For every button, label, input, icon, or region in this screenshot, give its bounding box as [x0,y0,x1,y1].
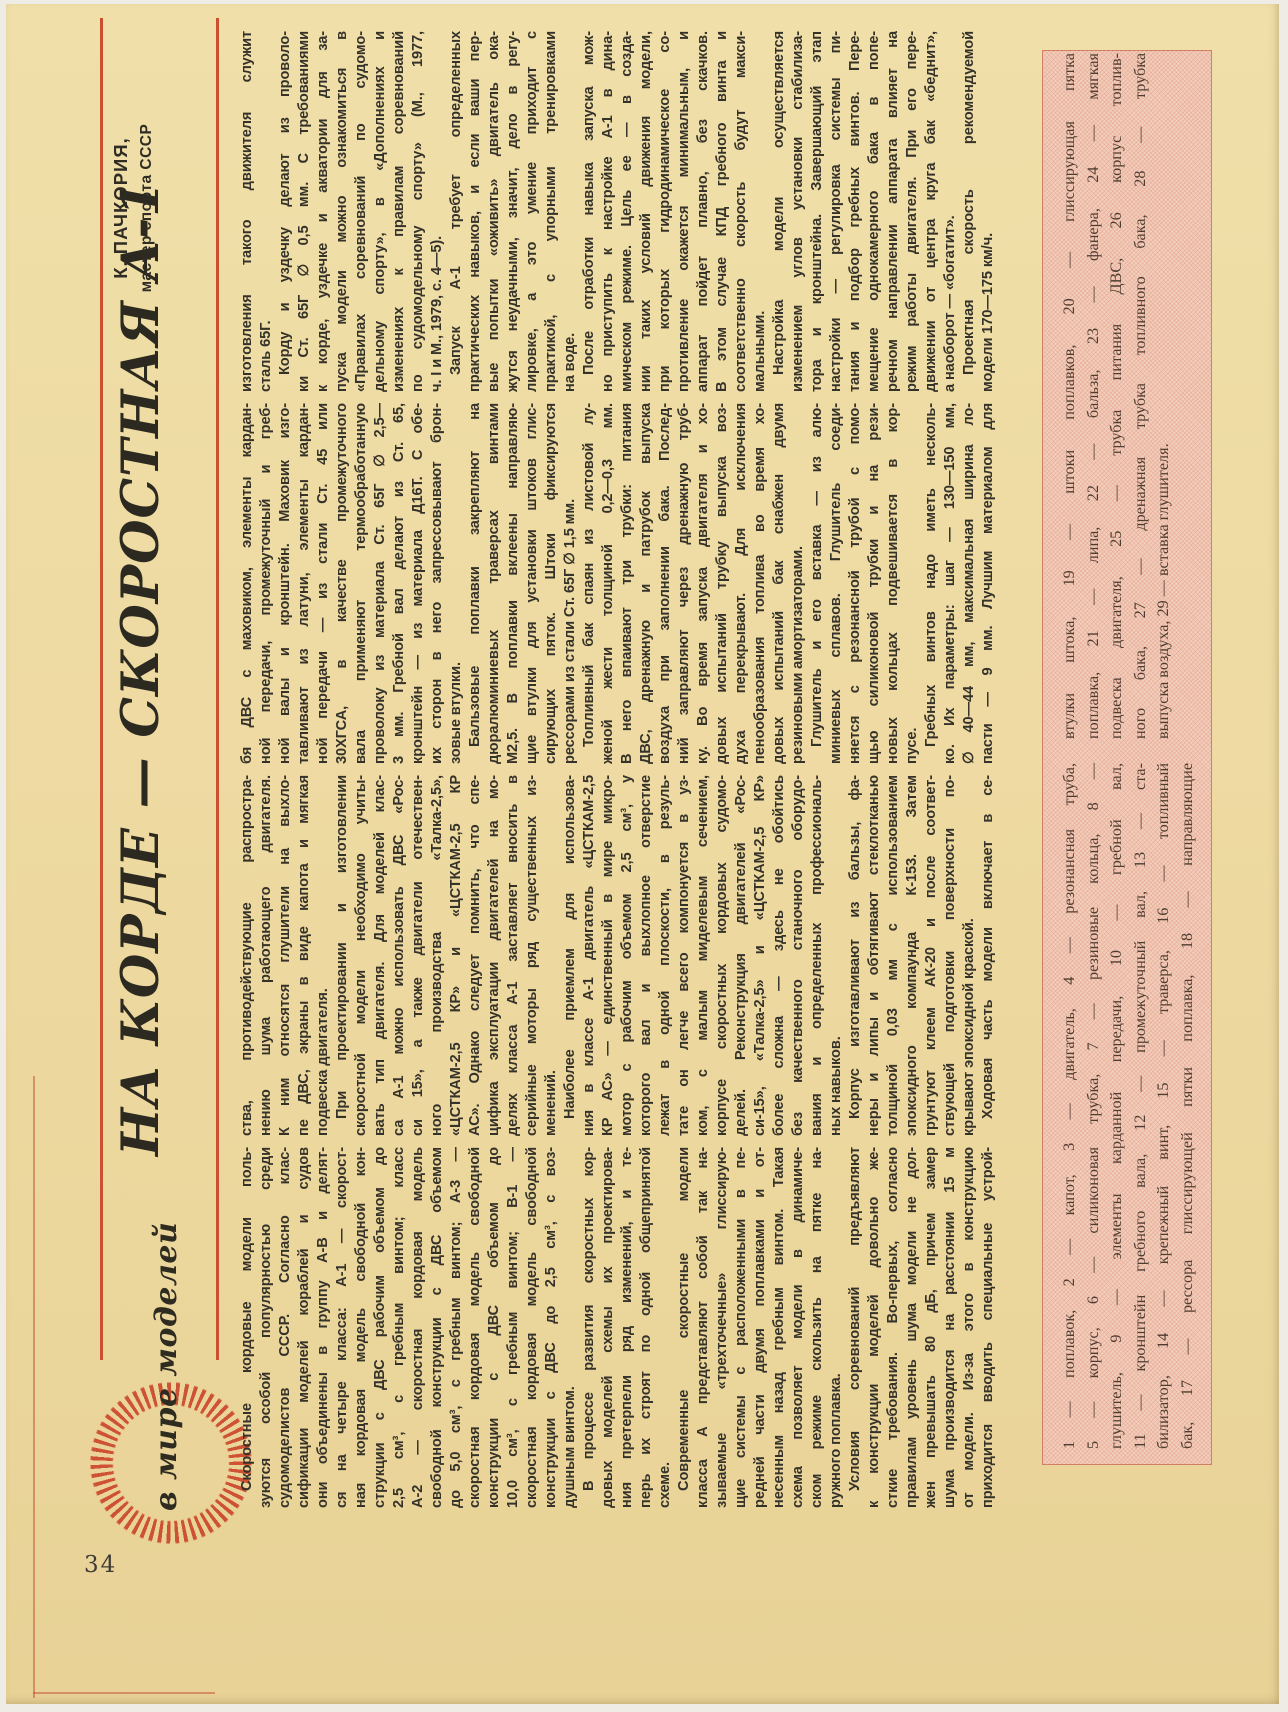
text-line: зуются особой популярностью среди [257,1147,276,1508]
text-line: сификации моделей кораблей и судов [295,1147,314,1508]
text-line: 2,5 см³, с гребным винтом; класс [390,1147,409,1508]
text-line: ного бака, 27 — дренажная трубка топливн… [1129,53,1153,739]
text-line: приходится вводить специальные устрой- [979,1147,998,1508]
text-line: Настройка модели осуществляется [770,31,789,392]
text-line: няется с резонансной трубой с помо- [846,403,865,764]
text-line: мическом режиме. Цель ее — в созда- [618,31,637,392]
text-line: противление окажется минимальным, и [675,31,694,392]
text-line: ний заправляют через дренажную труб- [675,403,694,764]
text-line: Корду и уздечку делают из проволо- [276,31,295,392]
paragraph: Современные скоростные моделикласса А пр… [675,1147,846,1508]
text-line: Скоростные кордовые модели поль- [238,1147,257,1508]
text-line: зываемые «трехточечные» глиссирую- [713,1147,732,1508]
paragraph: Корпус изготавливают из бальзы, фа-неры … [846,775,979,1136]
text-line: 11 — кронштейн гребного вала, 12 — проме… [1129,763,1153,1449]
text-line: изменением углов установки стабилиза- [789,31,808,392]
paragraph: При проектировании и изготовлениискорост… [333,775,561,1136]
text-line: си-15», «Талка-2,5» и «ЦСТКАМ-2,5 КР» [751,775,770,1136]
text-line: но приступить к настройке А-1 в дина- [599,31,618,392]
text-line: довых испытаний бак снабжен двумя [770,403,789,764]
text-line: изменениях к правилам соревнований [390,31,409,392]
text-line: к корде, уздечке и акватории для за- [314,31,333,392]
paragraph: После отработки навыка запуска мож-но пр… [580,31,770,392]
text-line: В него впаивают три трубки: питания [618,403,637,764]
text-line: они объединены в группу А-В и делят- [314,1147,333,1508]
text-line: Топливный бак спаян из листовой лу- [580,403,599,764]
text-line: правилам уровень шума модели не дол- [903,1147,922,1508]
text-line: делях класса А-1 заставляет вносить в [504,775,523,1136]
print-artifact-vertical-line [33,1076,35,1698]
text-line: 5 — корпус, 6 — силиконовая трубка, 7 — … [1082,763,1106,1449]
text-line: А-2 — скоростная кордовая модель [409,1147,428,1508]
text-line: ки Ст. 65Г ∅ 0,5 мм. С требованиями [295,31,314,392]
text-line: подвеска двигателя, 25 — трубка питания … [1105,53,1129,739]
text-line: миниевых сплавов. Глушитель соеди- [827,403,846,764]
text-line: Глушитель и его вставка — из алю- [808,403,827,764]
paragraph: Корду и уздечку делают из проволо-ки Ст.… [276,31,447,392]
text-line: ных навыков. [827,775,846,1136]
text-line: мальными. [751,31,770,392]
text-line: щие системы с расположенными в пе- [732,1147,751,1508]
text-line: вать тип двигателя. Для моделей клас- [371,775,390,1136]
paragraph: Скоростные кордовые модели поль-зуются о… [238,1147,580,1508]
text-line: выпуска воздуха, 29 — вставка глушителя. [1152,53,1176,739]
page-number: 34 [84,1552,117,1578]
text-line: Современные скоростные модели [675,1147,694,1508]
text-line: ч. I и М., 1979, с. 4—5). [428,31,447,392]
text-line: скоростная кордовая модель свободной [523,1147,542,1508]
text-line: конструкции с ДВС до 2,5 см³, с воз- [542,1147,561,1508]
paragraph: Гребных винтов надо иметь несколь-ко. Их… [922,403,998,764]
text-line: схеме. [656,1147,675,1508]
text-line: крывают эпоксидной краской. [960,775,979,1136]
text-line: аппарат пойдет плавно, без скачков. [694,31,713,392]
text-line: к конструкции моделей довольно же- [865,1147,884,1508]
text-line: настройки — регулировка системы пи- [827,31,846,392]
text-line: жен превышать 80 дБ, причем замер [922,1147,941,1508]
author-block: К. ПАЧКОРИЯ, мастер спорта СССР [110,40,156,376]
text-line: новых кольцах подвешивается в кор- [884,403,903,764]
text-line: дюралюминиевых траверсах винтами [485,403,504,764]
text-line: более сложна — здесь не обойтись [770,775,789,1136]
text-line: ного производства «Талка-2,5», [428,775,447,1136]
text-line: женой жести толщиной 0,2—0,3 мм. [599,403,618,764]
text-line: ружного поплавка. [827,1147,846,1508]
text-line: бак, 17 — рессора глиссирующей пятки поп… [1176,763,1200,1449]
text-line: К ним относятся глушители на выхло- [276,775,295,1136]
text-line: толщиной 0,03 мм с использованием [884,775,903,1136]
text-line: В процессе развития скоростных кор- [580,1147,599,1508]
text-line: кронштейн — из материала Д16Т. С обе- [409,403,428,764]
text-line: нии таких условий движения модели, [637,31,656,392]
text-line: редней части двумя поплавками и от- [751,1147,770,1508]
text-line: ском режиме скользить на пятке на- [808,1147,827,1508]
text-line: В этом случае КПД гребного винта и [713,31,732,392]
text-line: 10,0 см³, с гребным винтом; В-1 — [504,1147,523,1508]
text-line: изготовления такого движителя служит [238,31,257,392]
text-line: После отработки навыка запуска мож- [580,31,599,392]
text-line: ной валы и кронштейн. Маховик изго- [276,403,295,764]
text-line: лежат в одной плоскости, в резуль- [656,775,675,1136]
text-line: которого вал и выхлопное отверстие [637,775,656,1136]
text-line: практических навыков, и если ваши пер- [466,31,485,392]
text-line: ку. Во время запуска двигателя и хо- [694,403,713,764]
paragraph: Бальзовые поплавки закрепляют надюралюми… [466,403,580,764]
text-line: щие втулки для установки штоков глис- [523,403,542,764]
text-line: до 5,0 см³, с гребным винтом; А-3 — [447,1147,466,1508]
text-line: соответственно скорость будут макси- [732,31,751,392]
text-line: Гребных винтов надо иметь несколь- [922,403,941,764]
text-line: по судомодельному спорту» (М., 1977, [409,31,428,392]
text-line: менений. [542,775,561,1136]
text-line: втулки штока, 19 — штоки поплавков, 20 —… [1058,53,1082,739]
text-line: конструкции с ДВС объемом до [485,1147,504,1508]
text-line: поплавка, 21 — липа, 22 — бальза, 23 — ф… [1082,53,1106,739]
text-line: практикой, с упорными тренировками [542,31,561,392]
paragraph: Глушитель и его вставка — из алю-миниевы… [808,403,922,764]
text-line: пусе. [903,403,922,764]
text-line: лировке, а это умение приходит с [523,31,542,392]
text-line: воздуха при заполнении бака. Послед- [656,403,675,764]
text-line: речном направлении аппарата влияет на [884,31,903,392]
text-line: ной передачи — из стали Ст. 45 или [314,403,333,764]
text-line: Условия соревнований предъявляют [846,1147,865,1508]
text-line: вала применяют термообработанную [352,403,371,764]
text-line: мещение однокамерного бака в попе- [865,31,884,392]
text-line: билизатор, 14 — крепежный винт, 15 — тра… [1152,763,1176,1449]
text-column: изготовления такого движителя служитстал… [238,31,998,392]
paragraph: Запуск А-1 требует определенныхпрактичес… [447,31,580,392]
text-line: без качественного станочного оборудо- [789,775,808,1136]
text-line: серийные моторы ряд существенных из- [523,775,542,1136]
print-artifact-horizontal-line [33,1692,215,1694]
text-line: свободной конструкции с ДВС объемом [428,1147,447,1508]
text-line: «ЦСТКАМ-2,5 КР» и «ЦСТКАМ-2,5 КР [447,775,466,1136]
article-title: НА КОРДЕ — СКОРОСТНАЯ А-1 [116,386,167,1156]
text-column: ства, противодействующие распростра-нени… [238,775,998,1136]
text-line: неры и липы и обтягивают стеклотканью [865,775,884,1136]
text-line: нению шума работающего двигателя. [257,775,276,1136]
text-line: Запуск А-1 требует определенных [447,31,466,392]
text-line: 1 — поплавок, 2 — капот, 3 — двигатель, … [1058,763,1082,1449]
text-line: При проектировании и изготовлении [333,775,352,1136]
text-line: ния претерпели ряд изменений, и те- [618,1147,637,1508]
text-line: жутся неудачными, значит, дело в регу- [504,31,523,392]
text-line: ной передачи, промежуточный и греб- [257,403,276,764]
text-line: схема позволяет модели в динамиче- [789,1147,808,1508]
text-line: довых моделей схемы их проектирова- [599,1147,618,1508]
paragraph: бя ДВС с маховиком, элементы кардан-ной … [238,403,466,764]
paragraph: Настройка модели осуществляетсяизменение… [770,31,960,392]
text-line: дельному спорту», в «Дополнениях и [371,31,390,392]
text-line: 3 мм. Гребной вал делают из Ст. 65, [390,403,409,764]
text-line: от модели. Из-за этого в конструкцию [960,1147,979,1508]
text-line: движении от центра круга бак «беднит», [922,31,941,392]
text-line: цифика эксплуатации двигателей на мо- [485,775,504,1136]
paragraph: Топливный бак спаян из листовой лу-женой… [580,403,808,764]
article-body: Скоростные кордовые модели поль-зуются о… [238,26,998,1508]
text-line: ствующей подготовки поверхности по- [941,775,960,1136]
text-line: пасти — 9 мм. Лучшим материалом для [979,403,998,764]
text-line: Корпус изготавливают из бальзы, фа- [846,775,865,1136]
text-line: Проектная скорость рекомендуемой [960,31,979,392]
text-line: зовые втулки. [447,403,466,764]
text-line: Наиболее приемлем для использова- [561,775,580,1136]
text-line: ния в классе А-1 двигатель «ЦСТКАМ-2,5 [580,775,599,1136]
text-line: «Правилах соревнований по судомо- [352,31,371,392]
text-line: скоростная кордовая модель свободной [466,1147,485,1508]
text-line: скоростной модели необходимо учиты- [352,775,371,1136]
text-line: сирующих пяток. Штоки фиксируются [542,403,561,764]
paragraph: ства, противодействующие распростра-нени… [238,775,333,1136]
text-line: режим работы двигателя. При его пере- [903,31,922,392]
text-line: си 15», а также двигатели отечествен- [409,775,428,1136]
text-line: а наоборот — «богатит». [941,31,960,392]
text-line: духа перекрывают. Для исключения [732,403,751,764]
figure-caption-box: 1 — поплавок, 2 — капот, 3 — двигатель, … [1042,50,1212,1465]
text-line: пенообразования топлива во время хо- [751,403,770,764]
text-line: довых испытаний трубку выпуска воз- [713,403,732,764]
paragraph: Наиболее приемлем для использова-ния в к… [561,775,846,1136]
text-line: щью силиконовой трубки и на рези- [865,403,884,764]
text-line: Ходовая часть модели включает в се- [979,775,998,1136]
text-line: мотор с рабочим объемом 2,5 см³, у [618,775,637,1136]
caption-column-left: 1 — поплавок, 2 — капот, 3 — двигатель, … [1058,763,1211,1449]
text-line: шума производится на расстоянии 15 м [941,1147,960,1508]
text-line: Бальзовые поплавки закрепляют на [466,403,485,764]
header-rule-bottom [216,18,219,1360]
text-line: класса А представляют собой так на- [694,1147,713,1508]
text-line: бя ДВС с маховиком, элементы кардан- [238,403,257,764]
text-line: 30ХГСА, в качестве промежуточного [333,403,352,764]
text-line: КР АС» — единственный в мире микро- [599,775,618,1136]
text-line: модели 170—175 км/ч. [979,31,998,392]
text-line: тавливают из латуни, элементы кардан- [295,403,314,764]
paragraph: Проектная скорость рекомендуемоймодели 1… [960,31,998,392]
text-column: бя ДВС с маховиком, элементы кардан-ной … [238,403,998,764]
author-name: К. ПАЧКОРИЯ, [110,40,132,376]
text-line: перь их строят по одной общепринятой [637,1147,656,1508]
text-line: проволоку из материала Ст. 65Г ∅ 2,5— [371,403,390,764]
text-line: на воде. [561,31,580,392]
text-line: ная кордовая модель свободной кон- [352,1147,371,1508]
text-line: душным винтом. [561,1147,580,1508]
text-line: их сторон в него запрессовывают брон- [428,403,447,764]
text-line: грунтуют клеем АК-20 и после соответ- [922,775,941,1136]
caption-column-right: втулки штока, 19 — штоки поплавков, 20 —… [1058,53,1211,739]
text-line: несенным назад гребным винтом. Такая [770,1147,789,1508]
text-line: ком, с малым миделевым сечением, [694,775,713,1136]
text-line: делей. Реконструкция двигателей «Рос- [732,775,751,1136]
paragraph: В процессе развития скоростных кор-довых… [580,1147,675,1508]
text-line: сткие требования. Во-первых, согласно [884,1147,903,1508]
text-line: подвеска двигателя. [314,775,333,1136]
author-rank: мастер спорта СССР [138,40,156,376]
text-line: пе ДВС, экраны в виде капота и мягкая [295,775,314,1136]
rubric-logo: в мире моделей [149,1251,184,1511]
text-line: эпоксидного компаунда К-153. Затем [903,775,922,1136]
text-line: ко. Их параметры: шаг — 130—150 мм, [941,403,960,764]
text-line: при которых гидродинамическое со- [656,31,675,392]
text-line: АС». Однако следует помнить, что спе- [466,775,485,1136]
paragraph: изготовления такого движителя служитстал… [238,31,276,392]
text-line: тора и кронштейна. Завершающий этап [808,31,827,392]
text-line: тате он легче всего компонуется в уз- [675,775,694,1136]
text-line: судомоделистов СССР. Согласно клас- [276,1147,295,1508]
text-line: резиновыми амортизаторами. [789,403,808,764]
text-line: са А-1 можно использовать ДВС «Рос- [390,775,409,1136]
text-line: корпусе скоростных кордовых судомо- [713,775,732,1136]
text-line: струкции с ДВС рабочим объемом до [371,1147,390,1508]
text-line: глушитель, 9 — элементы карданной переда… [1105,763,1129,1449]
text-line: ДВС, дренажную и патрубок выпуска [637,403,656,764]
text-line: тания и подбор гребных винтов. Пере- [846,31,865,392]
text-line: ства, противодействующие распростра- [238,775,257,1136]
text-column: Скоростные кордовые модели поль-зуются о… [238,1147,998,1508]
text-line: рессорами из стали Ст. 65Г ∅ 1,5 мм. [561,403,580,764]
text-line: вания и определенных профессиональ- [808,775,827,1136]
text-line: М2,5. В поплавки вклеены направляю- [504,403,523,764]
text-line: ся на четыре класса: А-1 — скорост- [333,1147,352,1508]
header-rule-top [100,18,103,1360]
rotated-article-layer: в мире моделей НА КОРДЕ — СКОРОСТНАЯ А-1… [0,0,1288,1712]
text-line: пуска модели можно ознакомиться в [333,31,352,392]
text-line: сталь 65Г. [257,31,276,392]
text-line: ∅ 40—44 мм, максимальная ширина ло- [960,403,979,764]
paragraph: Условия соревнований предъявляютк констр… [846,1147,998,1508]
paragraph: Ходовая часть модели включает в се- [979,775,998,1136]
text-line: вые попытки «оживить» двигатель ока- [485,31,504,392]
